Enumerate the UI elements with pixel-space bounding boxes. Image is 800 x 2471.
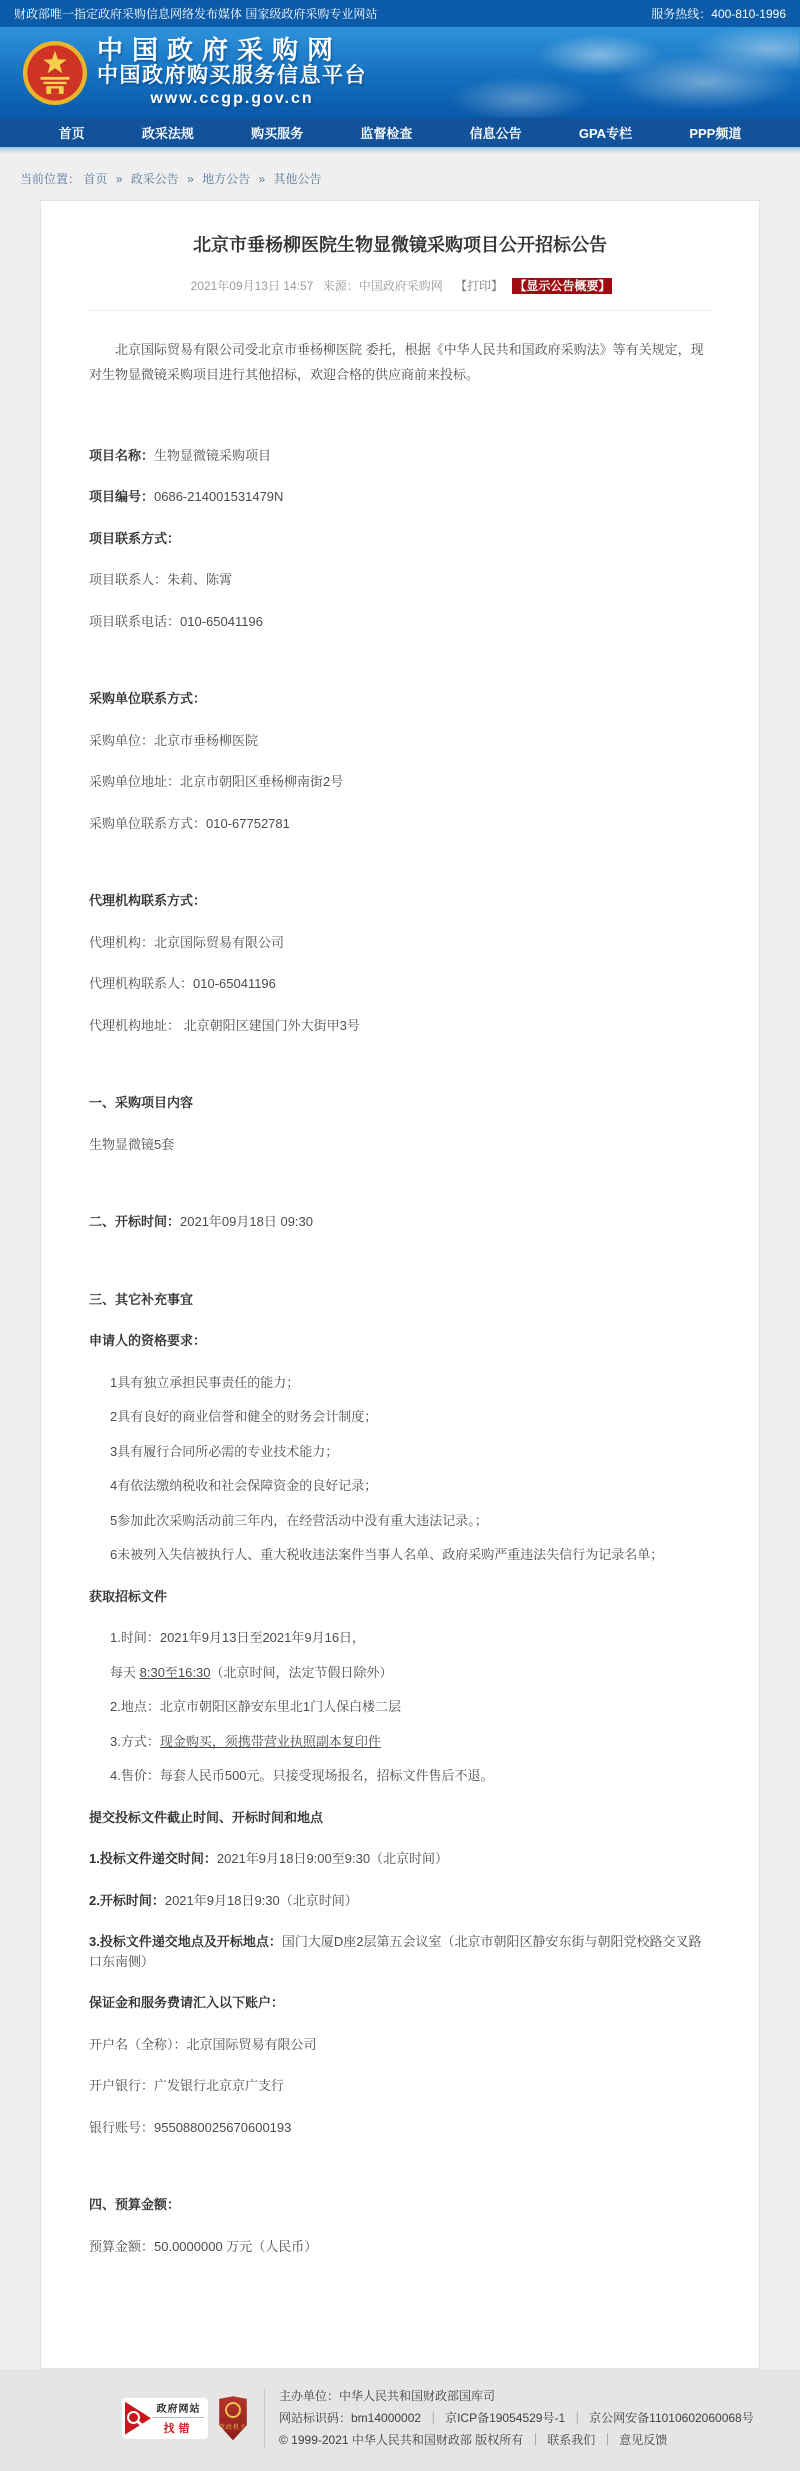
purchaser-address-line: 采购单位地址：北京市朝阳区垂杨柳南街2号 [89, 772, 711, 792]
publish-datetime: 2021年09月13日 14:57 [191, 279, 314, 293]
open-place-line: 3.投标文件递交地点及开标地点：国门大厦D座2层第五会议室（北京市朝阳区静安东街… [89, 1932, 711, 1971]
nav-item-announcements[interactable]: 信息公告 [470, 123, 522, 142]
section3-heading: 三、其它补充事宜 [89, 1290, 711, 1310]
intro-paragraph: 北京国际贸易有限公司受北京市垂杨柳医院 委托，根据《中华人民共和国政府采购法》等… [89, 337, 711, 388]
footer-separator: ｜ [571, 2411, 583, 2425]
footer-contact-link[interactable]: 联系我们 [547, 2433, 595, 2447]
page-footer: 政府网站 找错 党政机关 主办单位：中华人民共和国财政部国库司 网站标识码：bm… [0, 2369, 800, 2471]
party-gov-shield-badge[interactable]: 党政机关 [218, 2396, 248, 2440]
nav-item-home[interactable]: 首页 [59, 123, 85, 142]
agency-name-line: 代理机构：北京国际贸易有限公司 [89, 933, 711, 953]
purchaser-heading-label: 采购单位联系方式： [89, 691, 206, 706]
gov-site-error-report-badge[interactable]: 政府网站 找错 [122, 2398, 208, 2439]
section4-heading-label: 四、预算金额： [89, 2197, 180, 2212]
breadcrumb-prefix: 当前位置： [20, 172, 80, 186]
bid-docs-method-line: 3.方式：现金购买，须携带营业执照副本复印件 [89, 1732, 711, 1752]
breadcrumb-separator: » [259, 172, 266, 186]
main-nav: 首页 政采法规 购买服务 监督检查 信息公告 GPA专栏 PPP频道 [0, 118, 800, 147]
qualification-item: 6未被列入失信被执行人、重大税收违法案件当事人名单、政府采购严重违法失信行为记录… [89, 1545, 711, 1565]
account-name-line: 开户名（全称）：北京国际贸易有限公司 [89, 2035, 711, 2055]
project-contact-phone-line: 项目联系电话：010-65041196 [89, 612, 711, 632]
purchaser-unit-line: 采购单位：北京市垂杨柳医院 [89, 731, 711, 751]
shield-label: 党政机关 [219, 2422, 247, 2431]
project-name-line: 项目名称：生物显微镜采购项目 [89, 446, 711, 466]
badge-find-line1: 政府网站 [153, 2400, 204, 2418]
section2-line: 二、开标时间：2021年09月18日 09:30 [89, 1212, 711, 1232]
site-url: www.ccgp.gov.cn [97, 88, 367, 109]
deposit-heading-label: 保证金和服务费请汇入以下账户： [89, 1995, 284, 2010]
site-name: 中国政府采购网 [97, 36, 367, 64]
magnifier-flag-icon [125, 2402, 151, 2435]
nav-item-procurement-regulations[interactable]: 政采法规 [142, 123, 194, 142]
footer-separator: ｜ [601, 2433, 613, 2447]
topbar-hotline: 服务热线：400-810-1996 [651, 5, 786, 22]
budget-line: 预算金额：50.0000000 万元（人民币） [89, 2237, 711, 2257]
footer-feedback-link[interactable]: 意见反馈 [619, 2433, 667, 2447]
project-contact-heading-label: 项目联系方式： [89, 531, 180, 546]
bid-docs-heading: 获取招标文件 [89, 1587, 711, 1607]
project-number-value: 0686-214001531479N [154, 489, 283, 504]
project-name-label: 项目名称： [89, 448, 154, 463]
footer-copyright-line: © 1999-2021 中华人民共和国财政部 版权所有｜联系我们｜意见反馈 [279, 2429, 754, 2451]
project-name-value: 生物显微镜采购项目 [154, 448, 271, 463]
breadcrumb-separator: » [187, 172, 194, 186]
section1-heading: 一、采购项目内容 [89, 1093, 711, 1113]
show-summary-button[interactable]: 【显示公告概要】 [512, 278, 612, 294]
announcement-card: 北京市垂杨柳医院生物显微镜采购项目公开招标公告 2021年09月13日 14:5… [40, 200, 760, 2369]
qualification-heading: 申请人的资格要求： [89, 1331, 711, 1351]
qualification-heading-label: 申请人的资格要求： [89, 1333, 206, 1348]
footer-organizer-line: 主办单位：中华人民共和国财政部国库司 [279, 2385, 754, 2407]
source-label: 来源：中国政府采购网 [323, 279, 443, 293]
bid-docs-price-line: 4.售价：每套人民币500元。只接受现场报名，招标文件售后不退。 [89, 1766, 711, 1786]
footer-copyright: © 1999-2021 中华人民共和国财政部 版权所有 [279, 2433, 523, 2447]
breadcrumb-home[interactable]: 首页 [83, 172, 107, 186]
topbar-slogan: 财政部唯一指定政府采购信息网络发布媒体 国家级政府采购专业网站 [14, 5, 377, 22]
agency-address-line: 代理机构地址： 北京朝阳区建国门外大街甲3号 [89, 1016, 711, 1036]
purchaser-contact-line: 采购单位联系方式：010-67752781 [89, 814, 711, 834]
qualification-item: 5参加此次采购活动前三年内，在经营活动中没有重大违法记录。； [89, 1511, 711, 1531]
open-place-label: 3.投标文件递交地点及开标地点： [89, 1934, 282, 1949]
badge-find-line2: 找错 [164, 2420, 194, 2436]
agency-heading-label: 代理机构联系方式： [89, 893, 206, 908]
bid-docs-heading-label: 获取招标文件 [89, 1589, 167, 1604]
project-contact-person-line: 项目联系人：朱莉、陈霄 [89, 570, 711, 590]
topbar: 财政部唯一指定政府采购信息网络发布媒体 国家级政府采购专业网站 服务热线：400… [0, 0, 800, 27]
submit-heading: 提交投标文件截止时间、开标时间和地点 [89, 1808, 711, 1828]
bid-docs-place-line: 2.地点：北京市朝阳区静安东里北1门人保白楼二层 [89, 1697, 711, 1717]
daily-suffix: （北京时间，法定节假日除外） [210, 1665, 392, 1680]
method-value: 现金购买，须携带营业执照副本复印件 [160, 1734, 381, 1749]
bid-docs-daily-line: 每天 8:30至16:30（北京时间，法定节假日除外） [89, 1663, 711, 1683]
submit-time-line: 1.投标文件递交时间：2021年9月18日9:00至9:30（北京时间） [89, 1849, 711, 1869]
qualification-item: 3具有履行合同所必需的专业技术能力； [89, 1442, 711, 1462]
bid-opening-time: 2021年09月18日 09:30 [180, 1214, 313, 1229]
footer-site-code: 网站标识码：bm14000002 [279, 2411, 421, 2425]
print-button[interactable]: 【打印】 [455, 279, 503, 293]
open-time-value: 2021年9月18日9:30（北京时间） [165, 1893, 358, 1908]
footer-divider [264, 2388, 265, 2448]
qualification-item: 4有依法缴纳税收和社会保障资金的良好记录； [89, 1476, 711, 1496]
agency-contact-line: 代理机构联系人：010-65041196 [89, 974, 711, 994]
nav-item-ppp[interactable]: PPP频道 [689, 123, 741, 142]
open-time-label: 2.开标时间： [89, 1893, 165, 1908]
project-number-label: 项目编号： [89, 489, 154, 504]
footer-organizer: 主办单位：中华人民共和国财政部国库司 [279, 2389, 495, 2403]
nav-item-supervision[interactable]: 监督检查 [360, 123, 412, 142]
nav-item-purchase-services[interactable]: 购买服务 [251, 123, 303, 142]
footer-text: 主办单位：中华人民共和国财政部国库司 网站标识码：bm14000002｜京ICP… [279, 2385, 754, 2451]
submit-heading-label: 提交投标文件截止时间、开标时间和地点 [89, 1810, 323, 1825]
breadcrumb-procurement-announcements[interactable]: 政采公告 [131, 172, 179, 186]
site-masthead: 中国政府采购网 中国政府购买服务信息平台 www.ccgp.gov.cn [0, 27, 800, 118]
nav-item-gpa[interactable]: GPA专栏 [579, 123, 632, 142]
bid-docs-time-line: 1.时间：2021年9月13日至2021年9月16日， [89, 1628, 711, 1648]
breadcrumb-separator: » [116, 172, 123, 186]
article-content: 北京国际贸易有限公司受北京市垂杨柳医院 委托，根据《中华人民共和国政府采购法》等… [89, 337, 711, 2256]
daily-prefix: 每天 [110, 1665, 140, 1680]
submit-time-label: 1.投标文件递交时间： [89, 1851, 217, 1866]
breadcrumb: 当前位置： 首页 » 政采公告 » 地方公告 » 其他公告 [0, 153, 800, 200]
agency-heading: 代理机构联系方式： [89, 891, 711, 911]
submit-time-value: 2021年9月18日9:00至9:30（北京时间） [217, 1851, 448, 1866]
footer-icp-link[interactable]: 京ICP备19054529号-1 [445, 2411, 565, 2425]
daily-hours: 8:30至16:30 [140, 1665, 211, 1680]
qualification-item: 2具有良好的商业信誉和健全的财务会计制度； [89, 1407, 711, 1427]
breadcrumb-local-announcements[interactable]: 地方公告 [202, 172, 250, 186]
deposit-heading: 保证金和服务费请汇入以下账户： [89, 1993, 711, 2013]
qualification-item: 1具有独立承担民事责任的能力； [89, 1373, 711, 1393]
open-time-line: 2.开标时间：2021年9月18日9:30（北京时间） [89, 1891, 711, 1911]
national-emblem-icon [22, 40, 88, 106]
shield-emblem-icon [225, 2402, 241, 2418]
project-contact-heading: 项目联系方式： [89, 529, 711, 549]
bank-line: 开户银行：广发银行北京京广支行 [89, 2076, 711, 2096]
section4-heading: 四、预算金额： [89, 2195, 711, 2215]
project-number-line: 项目编号：0686-214001531479N [89, 487, 711, 507]
magnifier-icon [127, 2411, 140, 2424]
footer-separator: ｜ [427, 2411, 439, 2425]
site-logo[interactable]: 中国政府采购网 中国政府购买服务信息平台 www.ccgp.gov.cn [0, 27, 367, 109]
section1-heading-label: 一、采购项目内容 [89, 1095, 193, 1110]
article-meta: 2021年09月13日 14:57 来源：中国政府采购网 【打印】 【显示公告概… [89, 277, 711, 311]
breadcrumb-other-announcements[interactable]: 其他公告 [274, 172, 322, 186]
section3-heading-label: 三、其它补充事宜 [89, 1292, 193, 1307]
section2-label: 二、开标时间： [89, 1214, 180, 1229]
site-subtitle: 中国政府购买服务信息平台 [97, 64, 367, 88]
purchaser-heading: 采购单位联系方式： [89, 689, 711, 709]
account-number-line: 银行账号：9550880025670600193 [89, 2118, 711, 2138]
section1-content: 生物显微镜5套 [89, 1135, 711, 1155]
footer-codes-line: 网站标识码：bm14000002｜京ICP备19054529号-1｜京公网安备1… [279, 2407, 754, 2429]
method-label: 3.方式： [110, 1734, 160, 1749]
footer-security-link[interactable]: 京公网安备11010602060068号 [589, 2411, 754, 2425]
page-title: 北京市垂杨柳医院生物显微镜采购项目公开招标公告 [89, 231, 711, 257]
footer-separator: ｜ [529, 2433, 541, 2447]
